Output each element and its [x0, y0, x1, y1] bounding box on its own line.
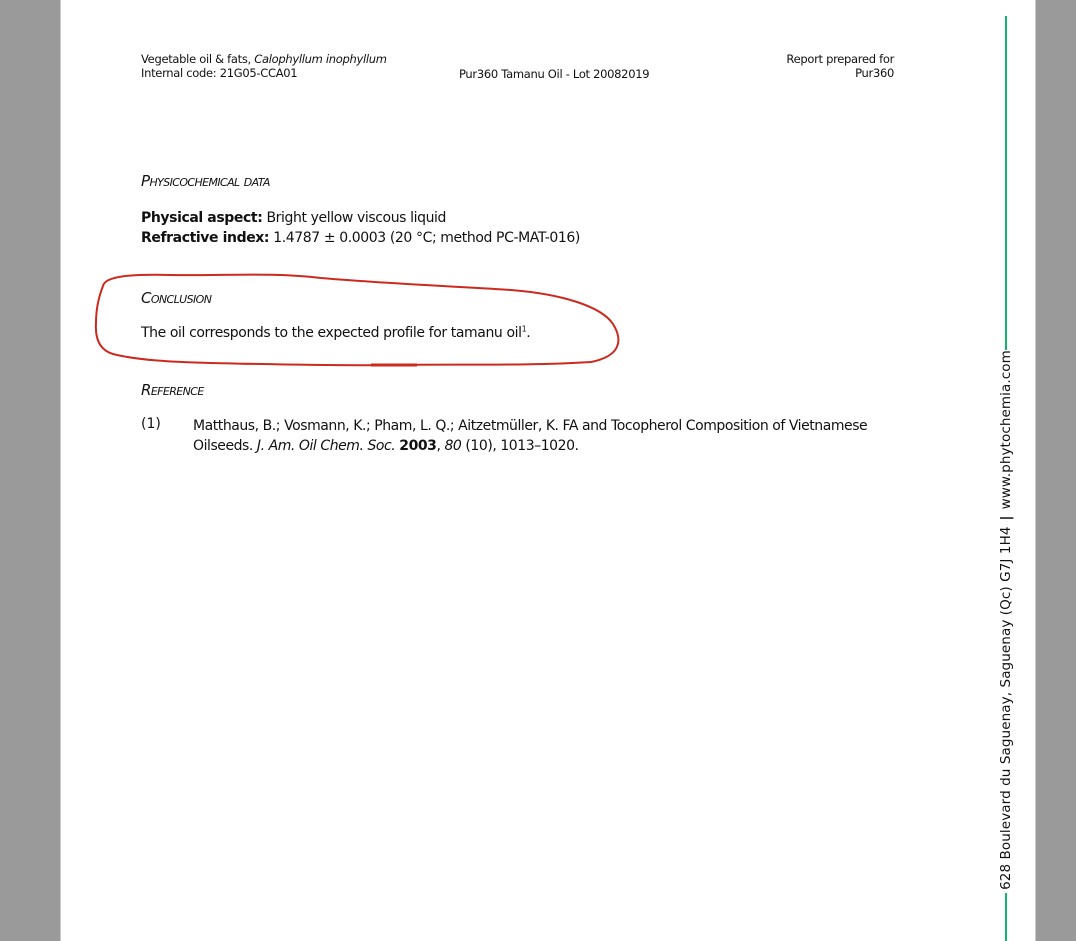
refractive-index-label: Refractive index:	[141, 230, 269, 246]
reference-title: Reference	[141, 381, 204, 399]
header-left: Vegetable oil & fats, Calophyllum inophy…	[141, 52, 387, 80]
red-circle-annotation	[91, 268, 626, 373]
vertical-footer: 628 Boulevard du Saguenay, Saguenay (Qc)…	[998, 350, 1014, 890]
product-category: Vegetable oil & fats,	[141, 52, 251, 66]
accent-line-bottom	[1005, 893, 1007, 941]
physicochemical-data: Physical aspect: Bright yellow viscous l…	[141, 208, 580, 248]
species-name: Calophyllum inophyllum	[254, 52, 386, 66]
header-right: Report prepared for Pur360	[786, 52, 894, 80]
physical-aspect-row: Physical aspect: Bright yellow viscous l…	[141, 208, 580, 228]
physical-aspect-value: Bright yellow viscous liquid	[266, 210, 446, 226]
footer-separator: |	[998, 515, 1014, 520]
journal-volume: 80	[444, 438, 461, 454]
refractive-index-value: 1.4787 ± 0.0003 (20 °C; method PC-MAT-01…	[273, 230, 580, 246]
journal-name: J. Am. Oil Chem. Soc.	[257, 438, 395, 454]
prepared-for-label: Report prepared for	[786, 52, 894, 66]
prepared-for-client: Pur360	[786, 66, 894, 80]
publication-year: 2003	[399, 438, 436, 454]
internal-code: Internal code: 21G05-CCA01	[141, 66, 387, 80]
document-viewer: Vegetable oil & fats, Calophyllum inophy…	[0, 0, 1076, 941]
company-address: 628 Boulevard du Saguenay, Saguenay (Qc)…	[998, 526, 1014, 889]
product-lot: Pur360 Tamanu Oil - Lot 20082019	[459, 67, 649, 81]
refractive-index-row: Refractive index: 1.4787 ± 0.0003 (20 °C…	[141, 228, 580, 248]
company-website: www.phytochemia.com	[998, 350, 1014, 509]
conclusion-text: The oil corresponds to the expected prof…	[141, 323, 530, 343]
physical-aspect-label: Physical aspect:	[141, 210, 262, 226]
document-page: Vegetable oil & fats, Calophyllum inophy…	[60, 0, 1036, 941]
conclusion-title: Conclusion	[141, 289, 211, 307]
physicochemical-title: Physicochemical data	[141, 172, 270, 190]
reference-citation: Matthaus, B.; Vosmann, K.; Pham, L. Q.; …	[193, 416, 893, 456]
reference-number: (1)	[141, 416, 161, 432]
accent-line-top	[1005, 16, 1007, 350]
